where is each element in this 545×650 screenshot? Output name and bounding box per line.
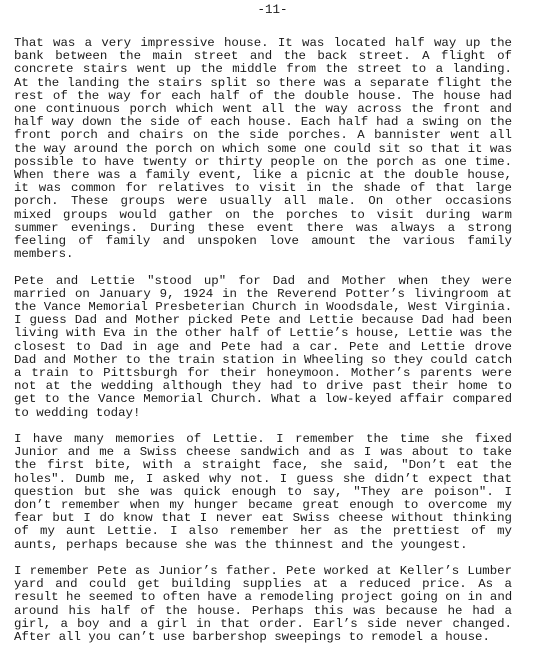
text-line: closest to Dad in age and Pete had a car…	[14, 341, 512, 354]
text-line: porch. These groups were usually all mal…	[14, 195, 512, 208]
text-line: the first bite, with a straight face, sh…	[14, 459, 512, 472]
text-line: get to the Vance Memorial Church. What a…	[14, 393, 512, 406]
text-line: members.	[14, 248, 512, 261]
document-page: -11- That was a very impressive house. I…	[0, 0, 545, 650]
text-line: Pete and Lettie "stood up" for Dad and M…	[14, 275, 512, 288]
text-line: At the landing the stairs split so there…	[14, 77, 512, 90]
text-line: result he seemed to often have a remodel…	[14, 591, 512, 604]
paragraph: That was a very impressive house. It was…	[14, 37, 512, 261]
paragraph: I have many memories of Lettie. I rememb…	[14, 433, 512, 552]
text-line: the way around the porch on which some o…	[14, 143, 512, 156]
text-line: concrete stairs went up the middle from …	[14, 63, 512, 76]
text-line: After all you can’t use barbershop sweep…	[14, 631, 512, 644]
text-line: around his half of the house. Perhaps th…	[14, 605, 512, 618]
text-line: aunts, perhaps because she was the thinn…	[14, 539, 512, 552]
text-line: mixed groups would gather on the porches…	[14, 209, 512, 222]
text-line: feeling of family and unspoken love amou…	[14, 235, 512, 248]
text-line: living with Eva in the other half of Let…	[14, 327, 512, 340]
text-line: of my aunt Lettie. I also remember her a…	[14, 525, 512, 538]
text-line: to wedding today!	[14, 407, 512, 420]
text-line: front porch and chairs on the side porch…	[14, 129, 512, 142]
paragraph: Pete and Lettie "stood up" for Dad and M…	[14, 275, 512, 420]
text-line: holes". Dumb me, I asked why not. I gues…	[14, 473, 512, 486]
document-body: That was a very impressive house. It was…	[14, 37, 512, 650]
paragraph: I remember Pete as Junior’s father. Pete…	[14, 565, 512, 644]
page-number: -11-	[0, 4, 545, 17]
